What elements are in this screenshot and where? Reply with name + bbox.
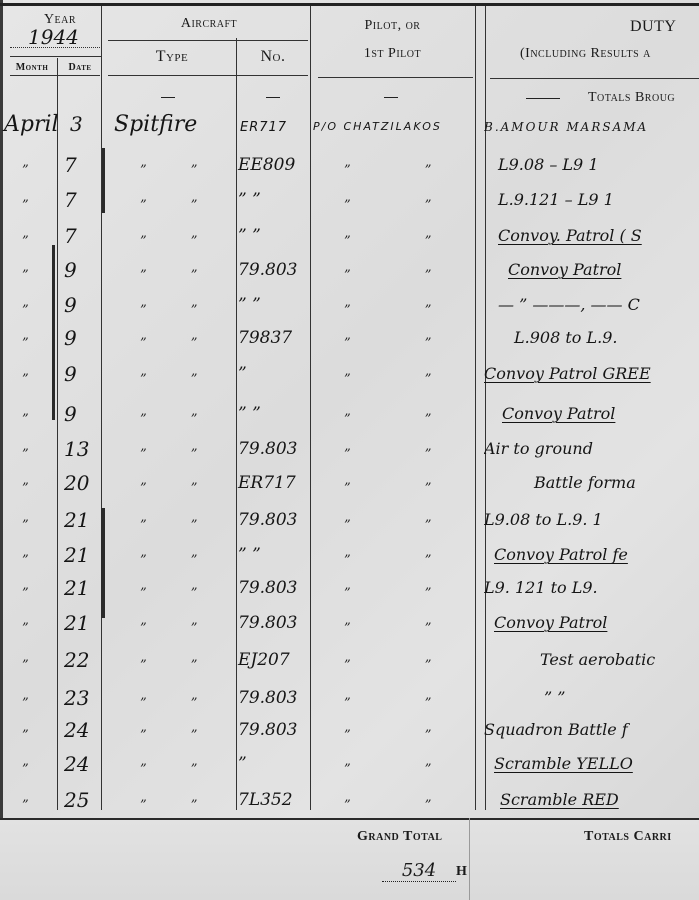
duty-cell: L.908 to L.9. bbox=[484, 328, 699, 347]
type-cell: ” ” bbox=[140, 198, 197, 213]
pilot-cell: ” ” bbox=[344, 621, 431, 636]
no-cell: ” ” bbox=[238, 190, 261, 210]
type-cell: ” ” bbox=[140, 696, 197, 711]
pilot-cell: ” ” bbox=[344, 268, 431, 283]
duty-cell: L9.08 to L.9. 1 bbox=[484, 510, 699, 529]
duty-cell: B.AMOUR MARSAMA bbox=[484, 120, 699, 134]
column-rule-month bbox=[57, 58, 58, 810]
type-cell: ” ” bbox=[140, 762, 197, 777]
column-rule-no bbox=[310, 6, 311, 810]
type-label: Type bbox=[108, 48, 236, 66]
duty-cell: Convoy Patrol bbox=[484, 404, 699, 423]
month-cell: April bbox=[4, 112, 59, 137]
header-rule-year bbox=[10, 56, 102, 57]
duty-cell: L9. 121 to L9. bbox=[484, 578, 699, 597]
date-label: Date bbox=[58, 62, 102, 73]
type-cell: ” ” bbox=[140, 481, 197, 496]
date-cell: 24 bbox=[64, 752, 89, 776]
type-cell: ” ” bbox=[140, 336, 197, 351]
pilot-cell: ” ” bbox=[344, 198, 431, 213]
date-cell: 21 bbox=[64, 576, 89, 600]
no-cell: ” ” bbox=[238, 226, 261, 246]
type-cell: ” ” bbox=[140, 268, 197, 283]
no-cell: 79.803 bbox=[238, 578, 297, 598]
type-cell: ” ” bbox=[140, 303, 197, 318]
month-cell: ” bbox=[22, 447, 29, 462]
header-rule-aircraft bbox=[108, 40, 308, 41]
no-cell: ” ” bbox=[238, 545, 261, 565]
pilot-cell: ” ” bbox=[344, 372, 431, 387]
column-rule-pilot bbox=[475, 6, 476, 810]
top-rule bbox=[0, 3, 699, 6]
date-cell: 25 bbox=[64, 788, 89, 812]
date-cell: 9 bbox=[64, 362, 77, 386]
header-rule-duty bbox=[490, 78, 699, 79]
duty-cell: Convoy Patrol GREE bbox=[484, 364, 699, 383]
no-cell: ” bbox=[238, 364, 247, 384]
month-cell: ” bbox=[22, 728, 29, 743]
month-cell: ” bbox=[22, 798, 29, 813]
date-cell: 9 bbox=[64, 258, 77, 282]
no-cell: ER717 bbox=[238, 473, 296, 493]
duty-cell: ” ” bbox=[484, 688, 699, 707]
pilot-cell: ” ” bbox=[344, 412, 431, 427]
pilot-cell: ” ” bbox=[344, 336, 431, 351]
type-cell: ” ” bbox=[140, 447, 197, 462]
aircraft-label: Aircraft bbox=[108, 16, 310, 32]
type-cell: ” ” bbox=[140, 728, 197, 743]
pilot-cell: ” ” bbox=[344, 553, 431, 568]
month-cell: ” bbox=[22, 696, 29, 711]
footer: Grand Total 534 H Totals Carri bbox=[0, 818, 699, 900]
margin-mark bbox=[52, 245, 55, 420]
no-cell: ” ” bbox=[238, 404, 261, 424]
month-cell: ” bbox=[22, 621, 29, 636]
no-cell: 79.803 bbox=[238, 260, 297, 280]
pilot-cell: ” ” bbox=[344, 234, 431, 249]
no-cell: 79837 bbox=[238, 328, 292, 348]
header-rule-month-date bbox=[10, 75, 100, 76]
totals-carried-label: Totals Carri bbox=[584, 829, 672, 845]
date-cell: 7 bbox=[64, 224, 77, 248]
date-cell: 21 bbox=[64, 543, 89, 567]
pilot-label-line1: Pilot, or bbox=[310, 18, 475, 34]
no-cell: 79.803 bbox=[238, 720, 297, 740]
duty-cell: Convoy. Patrol ( S bbox=[484, 226, 699, 245]
date-cell: 9 bbox=[64, 402, 77, 426]
pilot-cell: ” ” bbox=[344, 586, 431, 601]
date-cell: 20 bbox=[64, 471, 89, 495]
pilot-cell: ” ” bbox=[344, 798, 431, 813]
page-edge bbox=[0, 0, 3, 900]
type-cell: ” ” bbox=[140, 586, 197, 601]
date-cell: 7 bbox=[64, 188, 77, 212]
type-cell: ” ” bbox=[140, 553, 197, 568]
logbook-page: Year 1944 Month Date Aircraft Type No. P… bbox=[0, 0, 699, 900]
pilot-dash bbox=[384, 97, 398, 98]
duty-cell: Convoy Patrol fe bbox=[484, 545, 699, 564]
date-cell: 23 bbox=[64, 686, 89, 710]
header-rule-pilot bbox=[318, 77, 473, 78]
type-cell: ” ” bbox=[140, 798, 197, 813]
month-cell: ” bbox=[22, 553, 29, 568]
no-cell: EE809 bbox=[238, 155, 295, 175]
page-fold bbox=[469, 818, 470, 900]
no-label: No. bbox=[236, 48, 310, 66]
pilot-label-line2: 1st Pilot bbox=[310, 46, 475, 62]
pilot-cell: ” ” bbox=[344, 658, 431, 673]
month-cell: ” bbox=[22, 658, 29, 673]
month-cell: ” bbox=[22, 481, 29, 496]
type-dash bbox=[161, 97, 175, 98]
column-rule-date bbox=[101, 6, 102, 810]
type-cell: ” ” bbox=[140, 412, 197, 427]
date-cell: 22 bbox=[64, 648, 89, 672]
month-label: Month bbox=[6, 62, 58, 73]
no-cell: ” bbox=[238, 754, 247, 774]
grand-total-label: Grand Total bbox=[357, 829, 442, 845]
month-cell: ” bbox=[22, 268, 29, 283]
no-cell: 79.803 bbox=[238, 688, 297, 708]
pilot-cell: ” ” bbox=[344, 447, 431, 462]
type-cell: ” ” bbox=[140, 163, 197, 178]
date-cell: 21 bbox=[64, 611, 89, 635]
date-cell: 24 bbox=[64, 718, 89, 742]
month-cell: ” bbox=[22, 336, 29, 351]
duty-cell: Scramble RED bbox=[484, 790, 699, 809]
month-cell: ” bbox=[22, 762, 29, 777]
no-cell: 79.803 bbox=[238, 613, 297, 633]
duty-cell: Battle forma bbox=[484, 473, 699, 492]
month-cell: ” bbox=[22, 586, 29, 601]
pilot-cell: P/O CHATZILAKOS bbox=[313, 120, 473, 133]
duty-cell: Test aerobatic bbox=[484, 650, 699, 669]
month-cell: ” bbox=[22, 198, 29, 213]
duty-cell: Convoy Patrol bbox=[484, 613, 699, 632]
no-cell: ER717 bbox=[240, 120, 287, 135]
pilot-cell: ” ” bbox=[344, 762, 431, 777]
no-cell: EJ207 bbox=[238, 650, 290, 670]
duty-cell: Convoy Patrol bbox=[484, 260, 699, 279]
type-cell: ” ” bbox=[140, 234, 197, 249]
pilot-cell: ” ” bbox=[344, 696, 431, 711]
year-value: 1944 bbox=[28, 25, 79, 49]
duty-label: DUTY bbox=[630, 18, 676, 36]
pilot-cell: ” ” bbox=[344, 163, 431, 178]
type-cell: Spitfire bbox=[114, 112, 197, 137]
no-cell: 79.803 bbox=[238, 439, 297, 459]
no-cell: ” ” bbox=[238, 295, 261, 315]
date-cell: 3 bbox=[70, 112, 83, 136]
no-dash bbox=[266, 97, 280, 98]
duty-cell: L.9.121 – L9 1 bbox=[484, 190, 699, 209]
month-cell: ” bbox=[22, 412, 29, 427]
margin-mark bbox=[102, 148, 105, 213]
header-rule-type-no bbox=[108, 75, 308, 76]
date-cell: 7 bbox=[64, 153, 77, 177]
date-cell: 13 bbox=[64, 437, 89, 461]
pilot-cell: ” ” bbox=[344, 481, 431, 496]
date-cell: 9 bbox=[64, 293, 77, 317]
type-cell: ” ” bbox=[140, 372, 197, 387]
duty-cell: — ” ———, —— C bbox=[484, 295, 699, 314]
grand-total-unit: H bbox=[456, 864, 467, 880]
totals-brought-label: Totals Broug bbox=[588, 90, 675, 106]
month-cell: ” bbox=[22, 372, 29, 387]
margin-mark bbox=[101, 508, 105, 618]
no-cell: 7L352 bbox=[238, 790, 293, 810]
type-cell: ” ” bbox=[140, 518, 197, 533]
date-cell: 9 bbox=[64, 326, 77, 350]
duty-cell: Scramble YELLO bbox=[484, 754, 699, 773]
month-cell: ” bbox=[22, 163, 29, 178]
no-cell: 79.803 bbox=[238, 510, 297, 530]
duty-cell: Air to ground bbox=[484, 439, 699, 458]
type-cell: ” ” bbox=[140, 658, 197, 673]
pilot-cell: ” ” bbox=[344, 303, 431, 318]
duty-dash bbox=[526, 98, 560, 99]
pilot-cell: ” ” bbox=[344, 728, 431, 743]
date-cell: 21 bbox=[64, 508, 89, 532]
type-cell: ” ” bbox=[140, 621, 197, 636]
duty-sublabel: (Including Results a bbox=[520, 46, 651, 62]
grand-total-value: 534 bbox=[382, 860, 456, 882]
month-cell: ” bbox=[22, 303, 29, 318]
footer-rule bbox=[0, 818, 699, 820]
duty-cell: L9.08 – L9 1 bbox=[484, 155, 699, 174]
column-rule-type bbox=[236, 38, 237, 810]
month-cell: ” bbox=[22, 518, 29, 533]
pilot-cell: ” ” bbox=[344, 518, 431, 533]
month-cell: ” bbox=[22, 234, 29, 249]
duty-cell: Squadron Battle f bbox=[484, 720, 699, 739]
